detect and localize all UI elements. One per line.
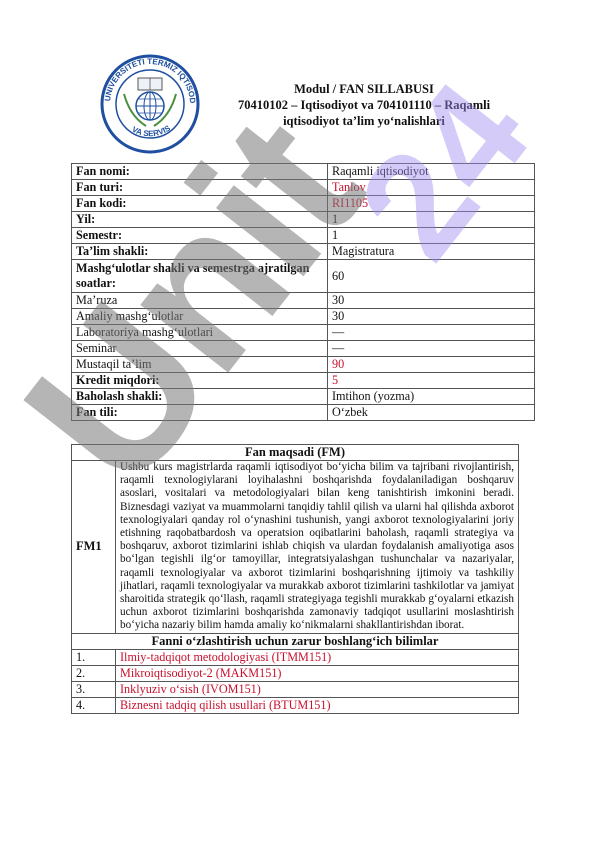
- document-title: Modul / FAN SILLABUSI 70410102 – Iqtisod…: [214, 81, 514, 129]
- info-row: Fan kodi:RI1105: [72, 196, 535, 212]
- prerequisites-heading: Fanni o‘zlashtirish uchun zarur boshlang…: [72, 633, 519, 649]
- title-line-1: Modul / FAN SILLABUSI: [214, 81, 514, 97]
- info-row: Semestr:1: [72, 228, 535, 244]
- info-label: Fan tili:: [72, 405, 328, 421]
- prerequisite-number: 4.: [72, 697, 116, 713]
- info-row: Ma’ruza30: [72, 293, 535, 309]
- prerequisite-course: Biznesni tadqiq qilish usullari (BTUM151…: [116, 697, 519, 713]
- prerequisite-course: Mikroiqtisodiyot-2 (MAKM151): [116, 665, 519, 681]
- info-value: Imtihon (yozma): [328, 389, 535, 405]
- info-row: Kredit miqdori:5: [72, 373, 535, 389]
- info-row: Mashg‘ulotlar shakli va semestrga ajrati…: [72, 260, 535, 293]
- info-label: Amaliy mashg‘ulotlar: [72, 309, 328, 325]
- info-label: Ma’ruza: [72, 293, 328, 309]
- info-label: Laboratoriya mashg‘ulotlari: [72, 325, 328, 341]
- info-label: Fan kodi:: [72, 196, 328, 212]
- info-label: Baholash shakli:: [72, 389, 328, 405]
- info-value: 30: [328, 293, 535, 309]
- info-row: Baholash shakli:Imtihon (yozma): [72, 389, 535, 405]
- info-label: Fan nomi:: [72, 164, 328, 180]
- info-value: 5: [328, 373, 535, 389]
- info-row: Seminar—: [72, 341, 535, 357]
- info-value: —: [328, 325, 535, 341]
- info-value: —: [328, 341, 535, 357]
- info-row: Fan turi:Tanlov: [72, 180, 535, 196]
- info-label: Ta’lim shakli:: [72, 244, 328, 260]
- info-value: O‘zbek: [328, 405, 535, 421]
- info-row: Mustaqil ta’lim90: [72, 357, 535, 373]
- info-label: Seminar: [72, 341, 328, 357]
- prerequisite-row: 1.Ilmiy-tadqiqot metodologiyasi (ITMM151…: [72, 649, 519, 665]
- info-row: Amaliy mashg‘ulotlar30: [72, 309, 535, 325]
- info-row: Ta’lim shakli:Magistratura: [72, 244, 535, 260]
- info-row: Laboratoriya mashg‘ulotlari—: [72, 325, 535, 341]
- prerequisite-row: 2.Mikroiqtisodiyot-2 (MAKM151): [72, 665, 519, 681]
- info-value: Raqamli iqtisodiyot: [328, 164, 535, 180]
- info-label: Mashg‘ulotlar shakli va semestrga ajrati…: [72, 260, 328, 293]
- document-page: UNIVERSITETI TERMIZ IQTISODIYOT VA SERVI…: [0, 0, 596, 842]
- info-label: Yil:: [72, 212, 328, 228]
- course-info-table: Fan nomi:Raqamli iqtisodiyotFan turi:Tan…: [71, 163, 535, 421]
- info-row: Fan tili:O‘zbek: [72, 405, 535, 421]
- info-value: 60: [328, 260, 535, 293]
- fm1-label: FM1: [72, 461, 116, 634]
- info-label: Mustaqil ta’lim: [72, 357, 328, 373]
- info-label: Semestr:: [72, 228, 328, 244]
- prerequisite-course: Ilmiy-tadqiqot metodologiyasi (ITMM151): [116, 649, 519, 665]
- info-value: 30: [328, 309, 535, 325]
- title-line-2: 70410102 – Iqtisodiyot va 704101110 – Ra…: [214, 97, 514, 113]
- info-value: 90: [328, 357, 535, 373]
- prerequisite-number: 3.: [72, 681, 116, 697]
- info-label: Kredit miqdori:: [72, 373, 328, 389]
- prerequisite-row: 3.Inklyuziv o‘sish (IVOM151): [72, 681, 519, 697]
- prerequisite-number: 1.: [72, 649, 116, 665]
- info-value: 1: [328, 212, 535, 228]
- prerequisite-course: Inklyuziv o‘sish (IVOM151): [116, 681, 519, 697]
- goal-heading: Fan maqsadi (FM): [72, 445, 519, 461]
- fm1-text: Ushbu kurs magistrlarda raqamli iqtisodi…: [116, 461, 519, 634]
- info-value: RI1105: [328, 196, 535, 212]
- info-value: 1: [328, 228, 535, 244]
- prerequisite-row: 4.Biznesni tadqiq qilish usullari (BTUM1…: [72, 697, 519, 713]
- info-value: Magistratura: [328, 244, 535, 260]
- info-value: Tanlov: [328, 180, 535, 196]
- course-goal-table: Fan maqsadi (FM) FM1 Ushbu kurs magistrl…: [71, 444, 519, 714]
- prerequisite-number: 2.: [72, 665, 116, 681]
- title-line-3: iqtisodiyot ta’lim yo‘nalishlari: [214, 113, 514, 129]
- info-label: Fan turi:: [72, 180, 328, 196]
- university-seal-icon: UNIVERSITETI TERMIZ IQTISODIYOT VA SERVI…: [100, 54, 200, 154]
- info-row: Fan nomi:Raqamli iqtisodiyot: [72, 164, 535, 180]
- info-row: Yil:1: [72, 212, 535, 228]
